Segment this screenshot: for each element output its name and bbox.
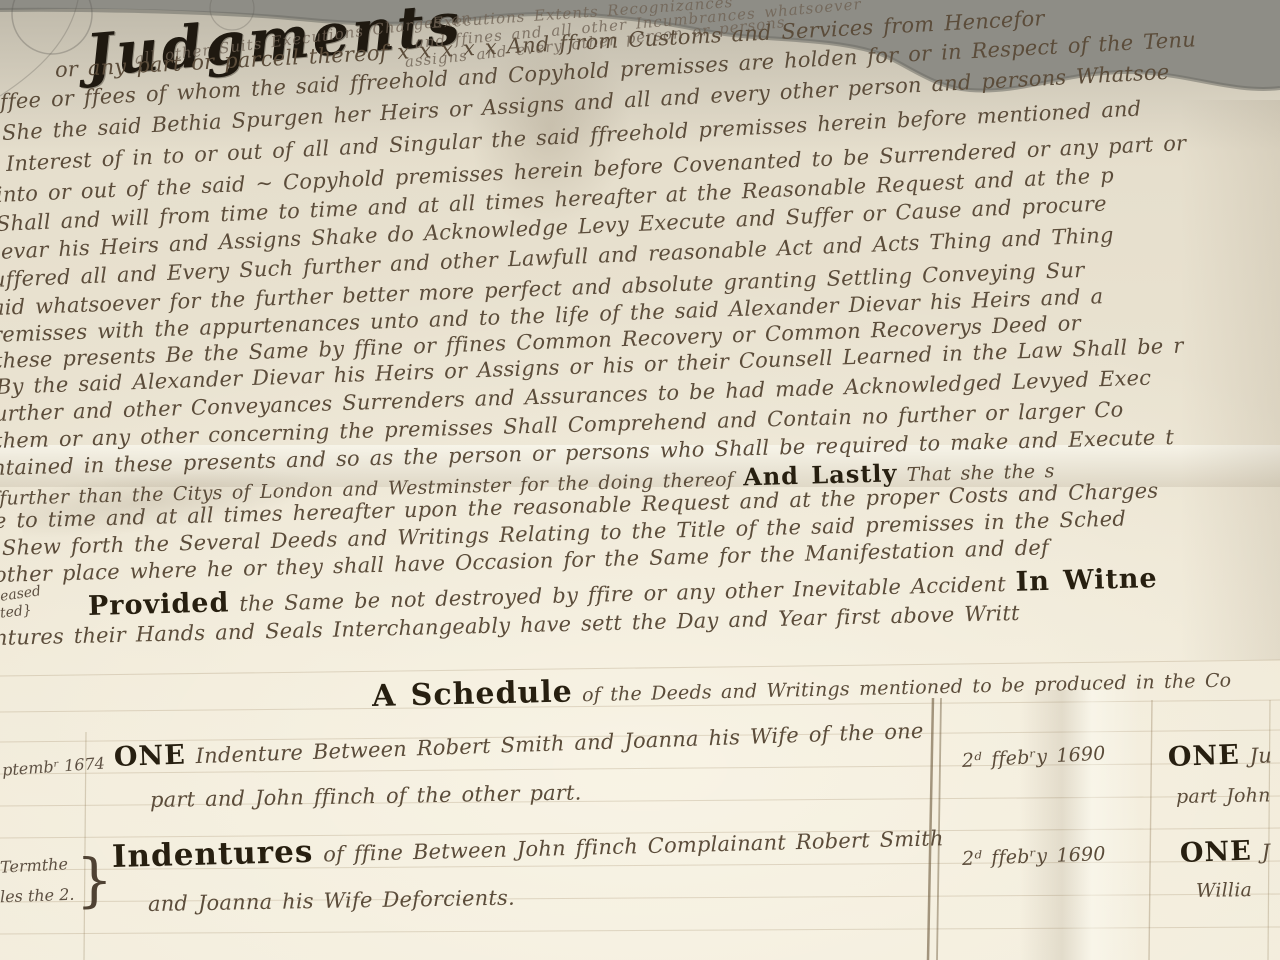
date-text: 2ᵈ ffebʳy 1690: [961, 742, 1106, 771]
schedule-entry-right-fragment: ONE J: [1180, 837, 1271, 867]
schedule-entry-text: Indentures of ffine Between John ffinch …: [112, 820, 944, 873]
line-text: Ju: [1239, 743, 1272, 768]
entry-lead-word: ONE: [113, 740, 186, 773]
entry-lead-word: Indentures: [112, 834, 314, 875]
line-text: part John: [1176, 784, 1271, 808]
blackletter-phrase: Provided: [88, 587, 230, 622]
entry-lead-word: ONE: [1179, 836, 1252, 869]
schedule-entry-date: 2ᵈ ffebʳy 1690: [962, 845, 1106, 869]
line-text: J: [1251, 840, 1270, 865]
schedule-entry-right-fragment: ONE Ju: [1168, 740, 1273, 771]
schedule-entry-margin-date: les the 2.: [0, 885, 75, 907]
line-text: of ffine Between John ffinch Complainant…: [313, 826, 944, 866]
schedule-entry-date: 2ᵈ ffebʳy 1690: [962, 744, 1107, 770]
line-text: Willia: [1196, 879, 1252, 902]
margin-brace: }: [76, 846, 113, 914]
blackletter-phrase: In Witne: [1015, 563, 1158, 598]
schedule-entry-margin-date: Termthe: [0, 854, 68, 877]
schedule-heading-lead: A Schedule: [372, 674, 574, 714]
schedule-entry-text: part and John ffinch of the other part.: [150, 782, 582, 811]
line-text: part and John ffinch of the other part.: [150, 780, 582, 812]
schedule-heading-rest: of the Deeds and Writings mentioned to b…: [573, 670, 1232, 707]
pencil-arc-icon: [12, 0, 92, 54]
schedule-entry-right-fragment: part John: [1176, 786, 1271, 807]
crease: [1020, 690, 1140, 960]
schedule-entry-margin-date: ptembʳ 1674: [1, 753, 105, 779]
entry-lead-word: ONE: [1167, 740, 1240, 773]
line-text: and Joanna his Wife Deforcients.: [148, 886, 515, 916]
schedule-heading: A Schedule of the Deeds and Writings men…: [372, 663, 1232, 712]
margin-note: ted}: [0, 602, 33, 621]
crease: [1180, 100, 1280, 660]
manuscript-photo: Judgments all other Suits Executions Cha…: [0, 0, 1280, 960]
schedule-entry-text: and Joanna his Wife Deforcients.: [148, 888, 515, 915]
schedule-entry-right-fragment: Willia: [1196, 881, 1252, 901]
schedule-entry-text: ONE Indenture Between Robert Smith and J…: [114, 716, 924, 771]
date-text: 2ᵈ ffebʳy 1690: [962, 843, 1106, 870]
pencil-line: [0, 0, 78, 96]
line-text: Indenture Between Robert Smith and Joann…: [185, 719, 923, 769]
